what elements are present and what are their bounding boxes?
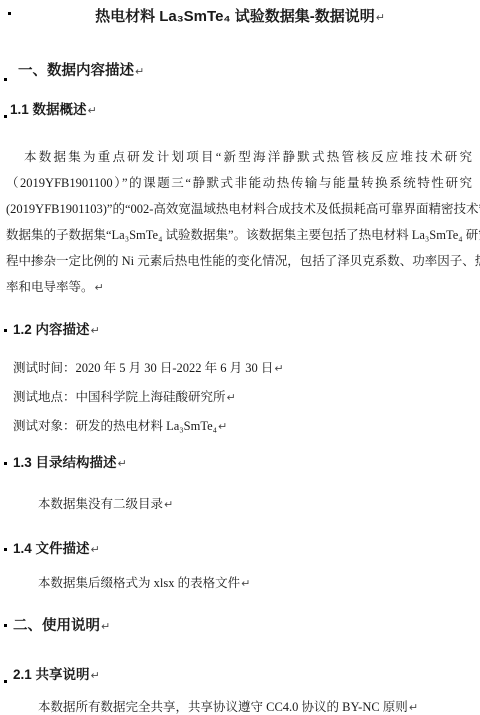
heading-text: 1.1 数据概述 <box>10 102 87 117</box>
test-object-line: 测试对象：研发的热电材料 La₃SmTe₄↵ <box>13 412 480 441</box>
test-location-text: 测试地点：中国科学院上海硅酸研究所 <box>13 390 226 404</box>
test-location-line: 测试地点：中国科学院上海硅酸研究所↵ <box>13 383 480 412</box>
heading-text: 1.2 内容描述 <box>13 322 90 337</box>
paragraph-line-text: 程中掺杂一定比例的 Ni 元素后热电性能的变化情况，包括了泽贝克系数、功率因子、… <box>6 254 480 268</box>
heading-text: 二、使用说明 <box>13 618 100 634</box>
paragraph-line-text: 率和电导率等。 <box>6 280 94 294</box>
paragraph-line: （2019YFB1901100）”的课题三“静默式非能动热传输与能量转换系统特性… <box>6 170 472 196</box>
format-mark-square-icon <box>4 680 7 683</box>
format-mark-square-icon <box>4 78 7 81</box>
paragraph-mark-icon: ↵ <box>135 65 144 78</box>
paragraph-mark-icon: ↵ <box>88 104 97 117</box>
paragraph-mark-icon: ↵ <box>274 362 283 375</box>
paragraph-mark-icon: ↵ <box>409 701 418 714</box>
section-heading-1: 一、数据内容描述↵ <box>0 61 480 82</box>
document-page: 热电材料 La₃SmTe₄ 试验数据集-数据说明↵ 一、数据内容描述↵ 1.1 … <box>0 0 480 715</box>
format-mark-square-icon <box>4 115 7 118</box>
test-time-text: 测试时间：2020 年 5 月 30 日-2022 年 6 月 30 日 <box>13 361 273 375</box>
heading-text: 1.4 文件描述 <box>13 541 90 556</box>
document-title: 热电材料 La₃SmTe₄ 试验数据集-数据说明 <box>95 8 375 25</box>
paragraph-line-text: （2019YFB1901100）”的课题三“静默式非能动热传输与能量转换系统特性… <box>6 176 472 190</box>
format-mark-square-icon <box>4 462 7 465</box>
format-mark-square-icon <box>4 624 7 627</box>
file-format-text: 本数据集后缀格式为 xlsx 的表格文件 <box>38 576 240 590</box>
directory-structure-text: 本数据集没有二级目录 <box>38 497 163 511</box>
paragraph-line: 数据集的子数据集“La₃SmTe₄ 试验数据集”。该数据集主要包括了热电材料 L… <box>6 222 472 248</box>
format-mark-square-icon <box>4 548 7 551</box>
paragraph-mark-icon: ↵ <box>91 669 100 682</box>
paragraph-line-text: 本数据集为重点研发计划项目“新型海洋静默式热管核反应堆技术研究 <box>24 150 472 164</box>
paragraph-mark-icon: ↵ <box>227 391 236 404</box>
paragraph-mark-icon: ↵ <box>376 11 385 24</box>
section-heading-2-1: 2.1 共享说明↵ <box>0 666 480 684</box>
content-description-list: 测试时间：2020 年 5 月 30 日-2022 年 6 月 30 日↵ 测试… <box>13 354 480 441</box>
paragraph-line: 本数据集为重点研发计划项目“新型海洋静默式热管核反应堆技术研究 <box>6 144 472 170</box>
sharing-policy-text-line: 本数据所有数据完全共享，共享协议遵守 CC4.0 协议的 BY-NC 原则↵ <box>38 699 480 715</box>
heading-text: 一、数据内容描述 <box>18 63 134 79</box>
test-object-text: 测试对象：研发的热电材料 La₃SmTe₄ <box>13 419 217 433</box>
paragraph-mark-icon: ↵ <box>91 543 100 556</box>
section-heading-1-1: 1.1 数据概述↵ <box>0 101 480 119</box>
document-title-row: 热电材料 La₃SmTe₄ 试验数据集-数据说明↵ <box>0 0 480 28</box>
heading-text: 2.1 共享说明 <box>13 667 90 682</box>
paragraph-line-text: 数据集的子数据集“La₃SmTe₄ 试验数据集”。该数据集主要包括了热电材料 L… <box>6 228 480 242</box>
section-heading-1-2: 1.2 内容描述↵ <box>0 321 480 339</box>
format-mark-square-icon <box>8 12 11 15</box>
sharing-policy-text: 本数据所有数据完全共享，共享协议遵守 CC4.0 协议的 BY-NC 原则 <box>38 700 408 714</box>
directory-structure-text-line: 本数据集没有二级目录↵ <box>38 496 480 513</box>
paragraph-mark-icon: ↵ <box>95 281 104 294</box>
paragraph-line: (2019YFB1901103)”的“002-高效宽温域热电材料合成技术及低损耗… <box>6 196 472 222</box>
test-time-line: 测试时间：2020 年 5 月 30 日-2022 年 6 月 30 日↵ <box>13 354 480 383</box>
paragraph-mark-icon: ↵ <box>118 457 127 470</box>
file-format-text-line: 本数据集后缀格式为 xlsx 的表格文件↵ <box>38 575 480 592</box>
paragraph-mark-icon: ↵ <box>164 498 173 511</box>
paragraph-mark-icon: ↵ <box>101 620 110 633</box>
paragraph-mark-icon: ↵ <box>91 324 100 337</box>
overview-paragraph: 本数据集为重点研发计划项目“新型海洋静默式热管核反应堆技术研究 （2019YFB… <box>6 144 472 300</box>
section-heading-1-4: 1.4 文件描述↵ <box>0 540 480 558</box>
paragraph-line: 程中掺杂一定比例的 Ni 元素后热电性能的变化情况，包括了泽贝克系数、功率因子、… <box>6 248 472 274</box>
paragraph-line-text: (2019YFB1901103)”的“002-高效宽温域热电材料合成技术及低损耗… <box>6 202 480 216</box>
section-heading-1-3: 1.3 目录结构描述↵ <box>0 454 480 472</box>
paragraph-mark-icon: ↵ <box>218 420 227 433</box>
paragraph-line: 率和电导率等。↵ <box>6 274 472 300</box>
format-mark-square-icon <box>4 329 7 332</box>
section-heading-2: 二、使用说明↵ <box>0 616 480 637</box>
paragraph-mark-icon: ↵ <box>241 577 250 590</box>
heading-text: 1.3 目录结构描述 <box>13 455 117 470</box>
